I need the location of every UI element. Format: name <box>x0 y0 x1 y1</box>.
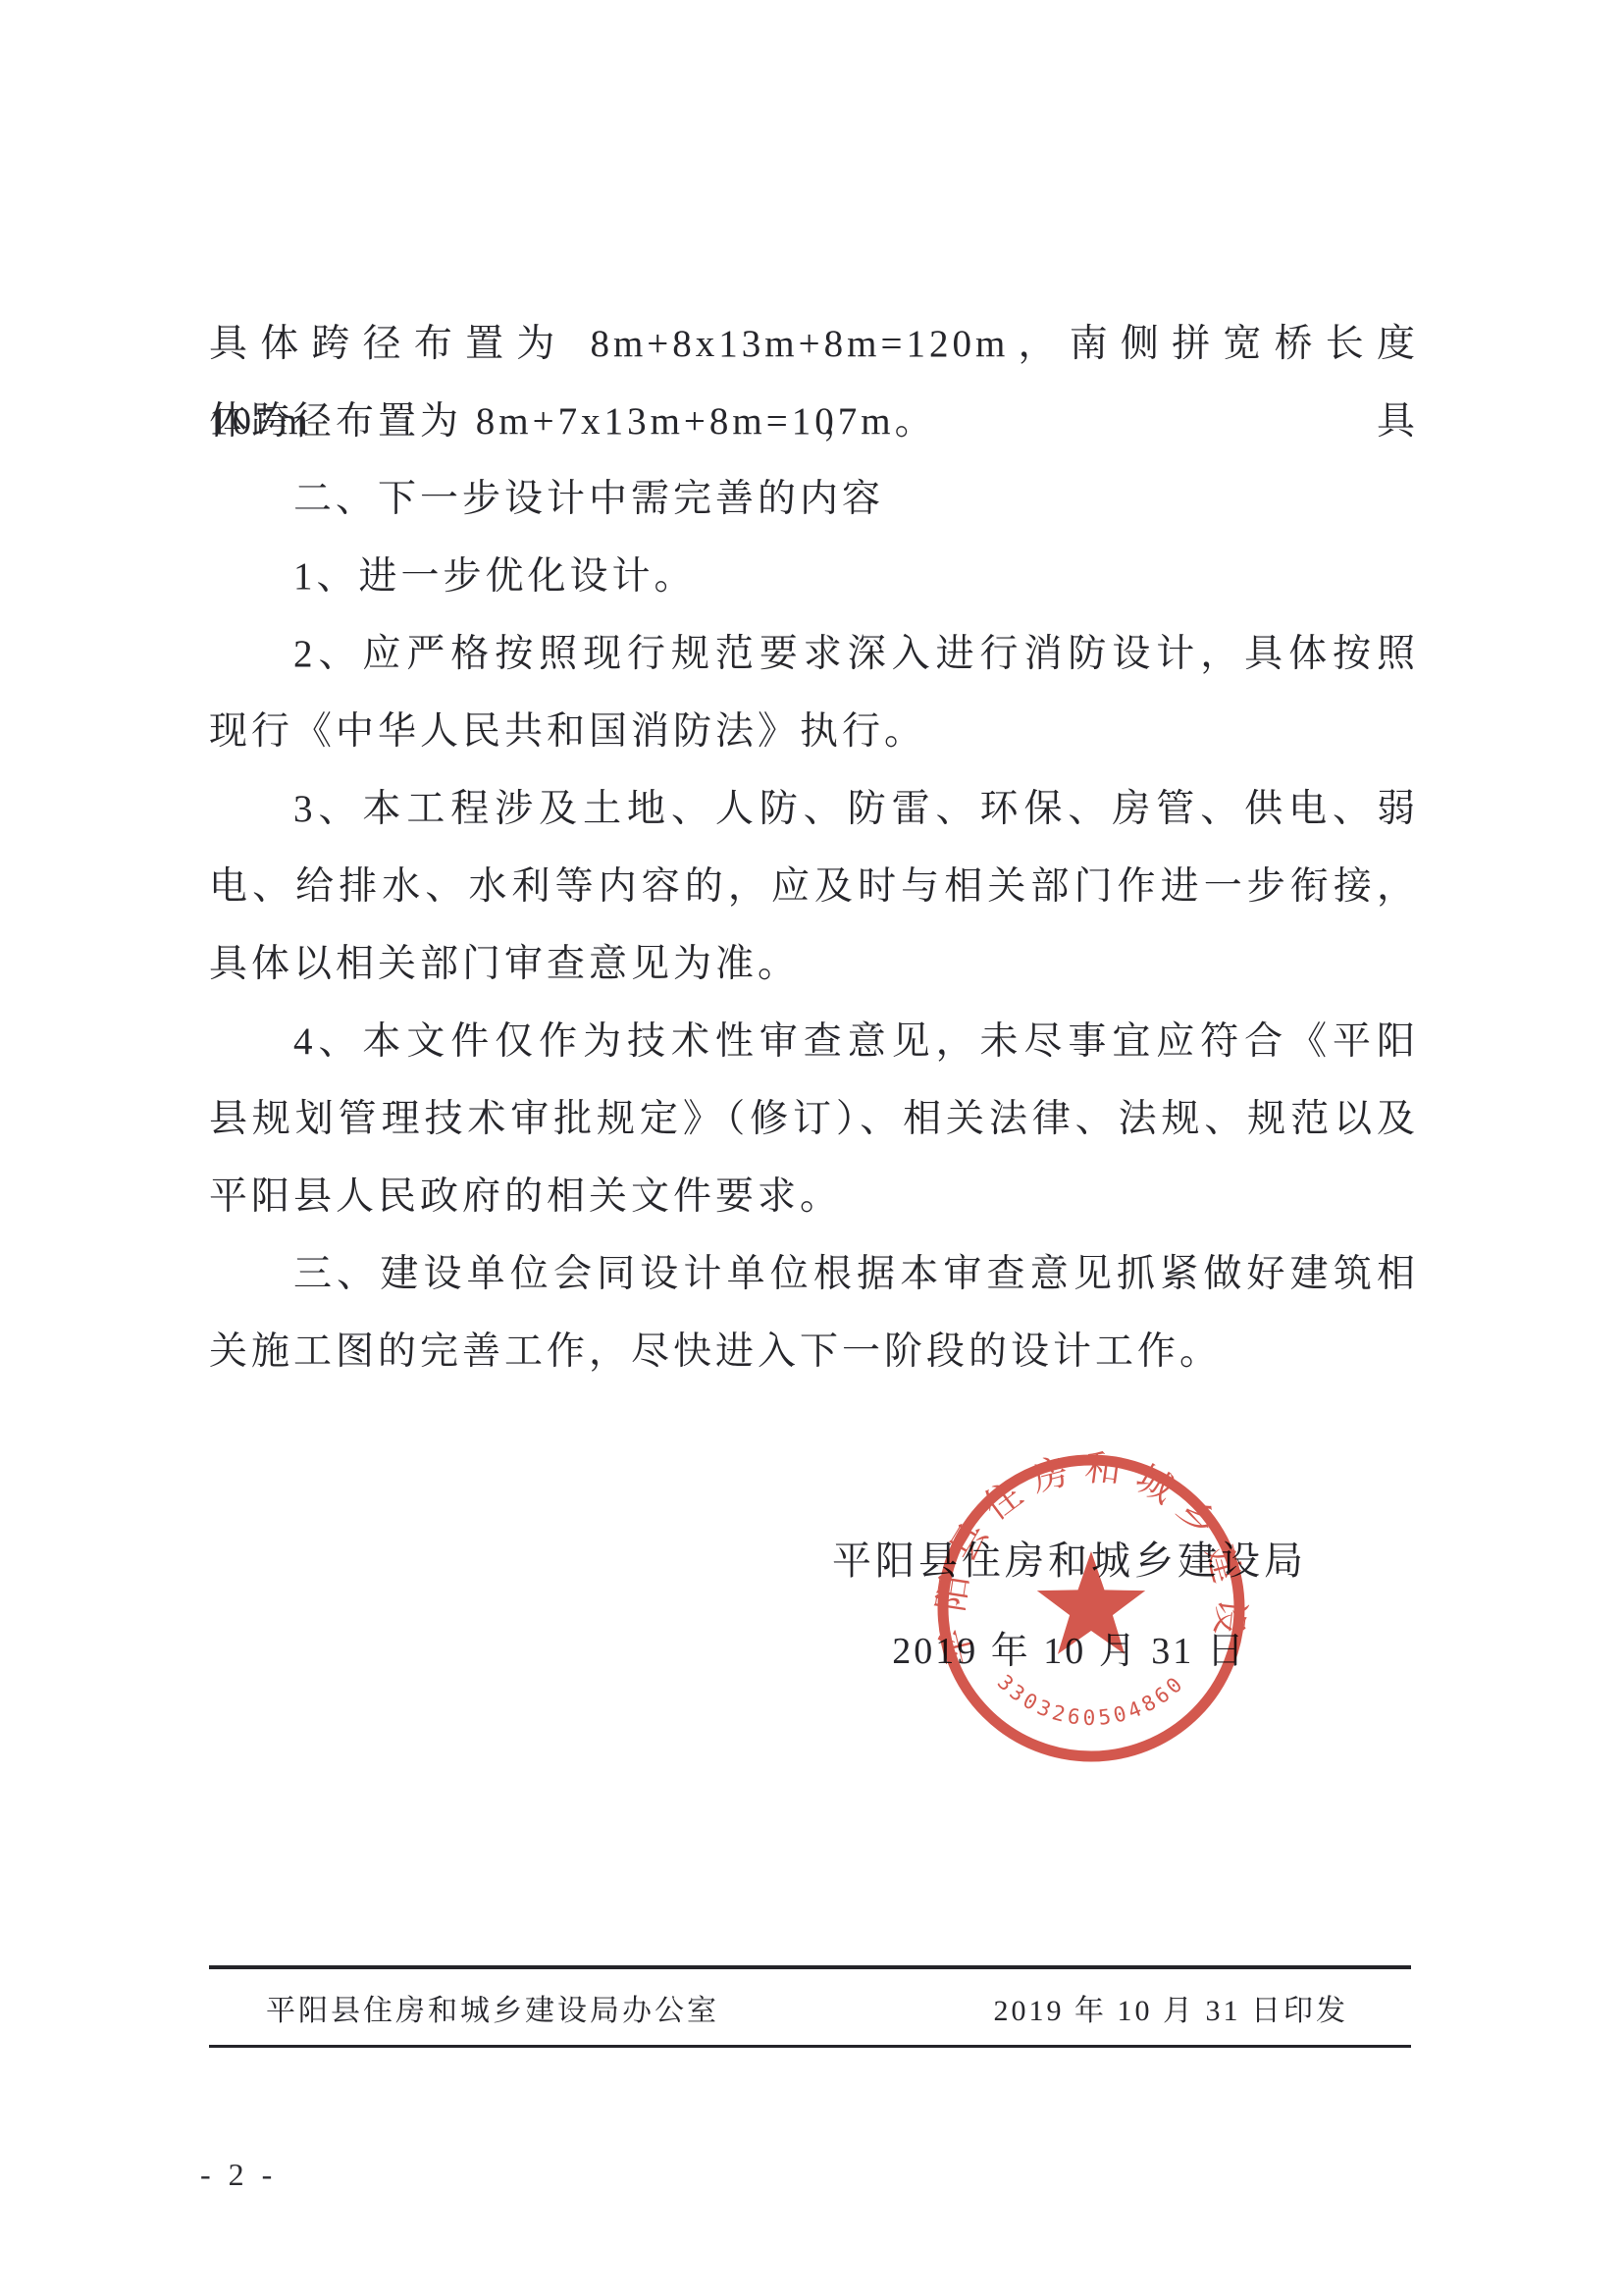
body-line: 1、进一步优化设计。 <box>209 538 1419 615</box>
body-line: 二、下一步设计中需完善的内容 <box>209 460 1419 538</box>
body-line: 3、本工程涉及土地、人防、防雷、环保、房管、供电、弱 <box>209 770 1419 848</box>
body-line: 平阳县人民政府的相关文件要求。 <box>209 1158 1419 1235</box>
footer-colophon: 平阳县住房和城乡建设局办公室 2019 年 10 月 31 日印发 <box>209 1965 1411 2048</box>
footer-issue-date: 2019 年 10 月 31 日印发 <box>994 1986 1412 2029</box>
signature-agency: 平阳县住房和城乡建设局 <box>805 1537 1335 1586</box>
footer-office-label: 平阳县住房和城乡建设局办公室 <box>209 1986 719 2029</box>
body-line: 县规划管理技术审批规定》（修订）、相关法律、法规、规范以及 <box>209 1080 1419 1158</box>
body-line: 现行《中华人民共和国消防法》执行。 <box>209 693 1419 770</box>
document-page: 具体跨径布置为 8m+8x13m+8m=120m，南侧拼宽桥长度 107m，具体… <box>0 0 1623 2296</box>
document-body: 具体跨径布置为 8m+8x13m+8m=120m，南侧拼宽桥长度 107m，具体… <box>209 305 1419 1390</box>
seal-code: 3303260504860 <box>993 1670 1189 1730</box>
body-line: 关施工图的完善工作，尽快进入下一阶段的设计工作。 <box>209 1313 1419 1390</box>
signature-date: 2019 年 10 月 31 日 <box>805 1627 1335 1676</box>
body-line: 2、应严格按照现行规范要求深入进行消防设计，具体按照 <box>209 615 1419 693</box>
body-line: 电、给排水、水利等内容的，应及时与相关部门作进一步衔接， <box>209 848 1419 925</box>
body-line: 三、建设单位会同设计单位根据本审查意见抓紧做好建筑相 <box>209 1235 1419 1313</box>
page-number: - 2 - <box>200 2157 277 2193</box>
body-line: 具体跨径布置为 8m+8x13m+8m=120m，南侧拼宽桥长度 107m，具 <box>209 305 1419 383</box>
body-line: 具体以相关部门审查意见为准。 <box>209 925 1419 1003</box>
signature-block: 平阳县住房和城乡建设局 2019 年 10 月 31 日 <box>805 1537 1335 1676</box>
body-line: 4、本文件仅作为技术性审查意见，未尽事宜应符合《平阳 <box>209 1003 1419 1080</box>
seal-code-holder: 3303260504860 <box>993 1670 1189 1730</box>
